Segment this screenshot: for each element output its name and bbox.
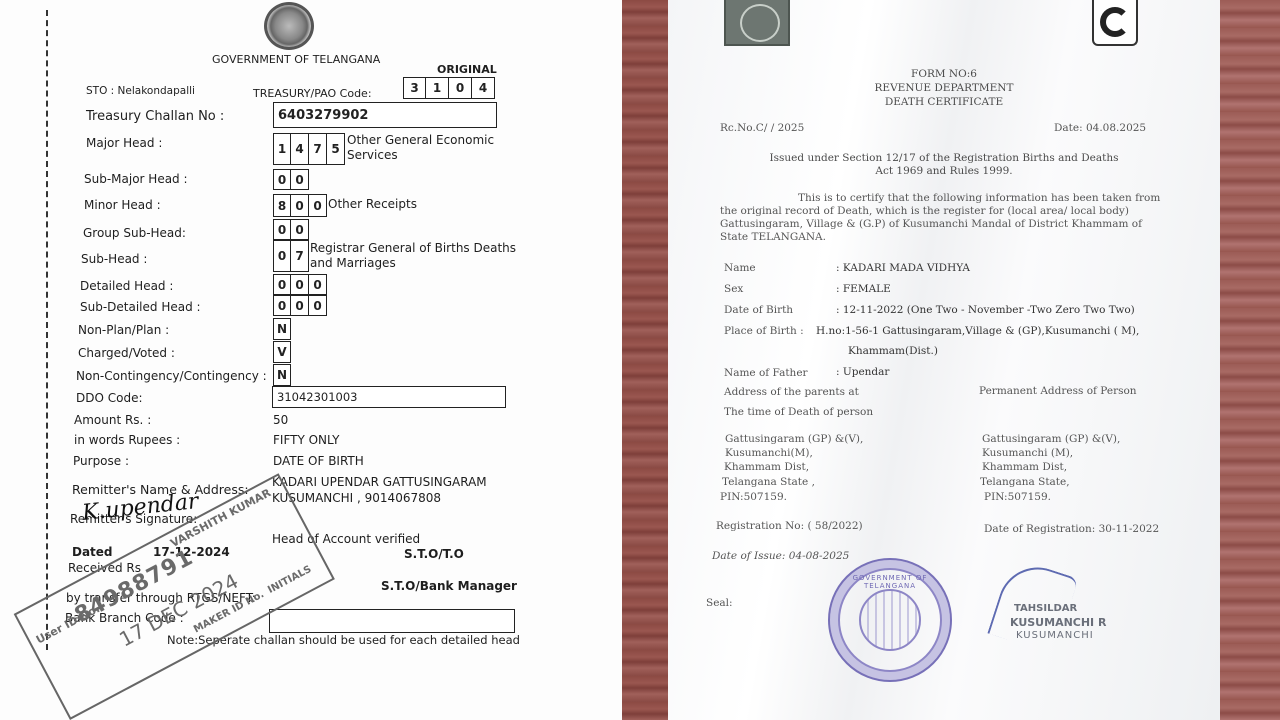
contingency-code: N [273, 364, 291, 386]
issue-date: Date of Issue: 04-08-2025 [712, 550, 849, 562]
major-head-code: 1 4 7 5 [273, 133, 345, 165]
treasury-pao-label: TREASURY/PAO Code: [253, 87, 372, 100]
wood-background [1218, 0, 1280, 720]
tahsildar-title: TAHSILDAR [1014, 603, 1077, 614]
parents-address-line: Khammam Dist, [724, 461, 809, 473]
amount-label: Amount Rs. : [74, 413, 151, 427]
perforation-line [46, 10, 48, 650]
permanent-address-line: Gattusingaram (GP) &(V), [982, 433, 1120, 445]
words-value: FIFTY ONLY [273, 433, 339, 447]
permanent-address-line: Kusumanchi (M), [982, 447, 1073, 459]
detailed-head-code: 0 0 0 [273, 274, 327, 295]
group-sub-head-code: 0 0 [273, 219, 309, 240]
telangana-emblem-icon [264, 2, 314, 50]
ddo-code-value: 31042301003 [272, 386, 506, 408]
pob-value-2: Khammam(Dist.) [848, 345, 938, 357]
purpose-label: Purpose : [73, 454, 129, 468]
sub-detailed-head-label: Sub-Detailed Head : [80, 300, 201, 314]
certify-line: State TELANGANA. [720, 231, 826, 243]
sub-head-desc-2: and Marriages [310, 256, 396, 270]
sto-label: STO : Nelakondapalli [86, 85, 195, 97]
department: REVENUE DEPARTMENT [668, 82, 1220, 94]
major-head-label: Major Head : [86, 136, 162, 150]
treasury-challan: GOVERNMENT OF TELANGANA ORIGINAL STO : N… [0, 0, 622, 720]
father-value: : Upendar [836, 366, 889, 378]
challan-no-label: Treasury Challan No : [86, 109, 224, 124]
pob-label: Place of Birth : [724, 325, 804, 337]
tahsildar-overprint: KUSUMANCHI R [1010, 616, 1106, 629]
death-certificate: FORM NO:6 REVENUE DEPARTMENT DEATH CERTI… [668, 0, 1220, 720]
parents-address-label: Address of the parents at [724, 386, 859, 398]
name-label: Name [724, 262, 756, 274]
treasury-pao-code: 3 1 0 4 [403, 77, 495, 99]
minor-head-label: Minor Head : [84, 198, 161, 212]
challan-no-value: 6403279902 [273, 102, 497, 128]
ddo-code-label: DDO Code: [76, 391, 143, 405]
major-head-desc-1: Other General Economic [347, 133, 494, 147]
telangana-emblem-icon [724, 0, 790, 46]
certify-line: This is to certify that the following in… [798, 192, 1160, 204]
pob-value: H.no:1-56-1 Gattusingaram,Village & (GP)… [816, 325, 1139, 337]
reference-number: Rc.No.C/ / 2025 [720, 122, 804, 134]
words-label: in words Rupees : [74, 433, 180, 447]
major-head-desc-2: Services [347, 148, 398, 162]
minor-head-code: 8 0 0 [273, 194, 327, 217]
wood-background [622, 0, 668, 720]
certificate-title: DEATH CERTIFICATE [668, 96, 1220, 108]
sto-to-label: S.T.O/T.O [404, 547, 464, 561]
parents-address-label-2: The time of Death of person [724, 406, 873, 418]
issued-under-1: Issued under Section 12/17 of the Regist… [668, 152, 1220, 164]
parents-address-line: Gattusingaram (GP) &(V), [725, 433, 863, 445]
group-sub-head-label: Group Sub-Head: [83, 226, 186, 240]
name-value: : KADARI MADA VIDHYA [836, 262, 970, 274]
certify-line: the original record of Death, which is t… [720, 205, 1129, 217]
charged-voted-label: Charged/Voted : [78, 346, 175, 360]
seal-label: Seal: [706, 597, 733, 609]
parents-address-line: Kusumanchi(M), [725, 447, 813, 459]
permanent-address-line: PIN:507159. [984, 491, 1051, 503]
government-seal-icon: GOVERNMENT OF TELANGANA [828, 558, 952, 682]
form-number: FORM NO:6 [668, 68, 1220, 80]
tahsildar-place: KUSUMANCHI [1016, 630, 1094, 641]
remitter-line-2: KUSUMANCHI , 9014067808 [272, 491, 441, 505]
contingency-label: Non-Contingency/Contingency : [76, 369, 267, 383]
father-label: Name of Father [724, 367, 808, 379]
sub-detailed-head-code: 0 0 0 [273, 295, 327, 316]
registration-number: Registration No: ( 58/2022) [716, 520, 863, 532]
bank-branch-code-field [269, 609, 515, 633]
certify-line: Gattusingaram, Village & (G.P) of Kusuma… [720, 218, 1142, 230]
sex-label: Sex [724, 283, 743, 295]
amount-value: 50 [273, 413, 288, 427]
sub-head-code: 0 7 [273, 240, 309, 272]
non-plan-code: N [273, 318, 291, 340]
certificate-date: Date: 04.08.2025 [1054, 122, 1146, 134]
sub-major-head-code: 0 0 [273, 169, 309, 190]
bank-manager-label: S.T.O/Bank Manager [381, 579, 517, 593]
sub-major-head-label: Sub-Major Head : [84, 172, 188, 186]
dob-label: Date of Birth [724, 304, 793, 316]
sex-value: : FEMALE [836, 283, 891, 295]
copy-label: ORIGINAL [437, 63, 497, 76]
parents-address-line: PIN:507159. [720, 491, 787, 503]
charged-voted-code: V [273, 341, 291, 363]
purpose-value: DATE OF BIRTH [273, 454, 364, 468]
minor-head-desc: Other Receipts [328, 197, 417, 211]
government-title: GOVERNMENT OF TELANGANA [212, 53, 380, 66]
dated-label: Dated [72, 545, 113, 559]
issued-under-2: Act 1969 and Rules 1999. [668, 165, 1220, 177]
meeseva-logo-icon [1092, 0, 1138, 46]
remitter-line-1: KADARI UPENDAR GATTUSINGARAM [272, 475, 487, 489]
detailed-head-label: Detailed Head : [80, 279, 173, 293]
registration-date: Date of Registration: 30-11-2022 [984, 523, 1159, 535]
sub-head-label: Sub-Head : [81, 252, 147, 266]
dob-value: : 12-11-2022 (One Two - November -Two Ze… [836, 304, 1135, 316]
permanent-address-line: Telangana State, [980, 476, 1070, 488]
non-plan-label: Non-Plan/Plan : [78, 323, 169, 337]
parents-address-line: Telangana State , [722, 476, 815, 488]
sub-head-desc-1: Registrar General of Births Deaths [310, 241, 516, 255]
permanent-address-label: Permanent Address of Person [979, 385, 1137, 397]
permanent-address-line: Khammam Dist, [982, 461, 1067, 473]
